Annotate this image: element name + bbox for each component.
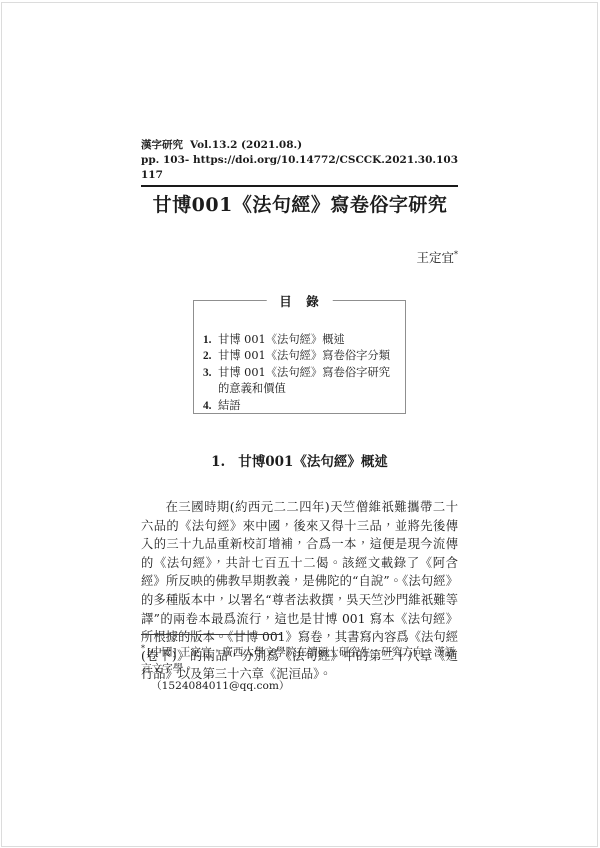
header-second-line: pp. 103-117 https://doi.org/10.14772/CSC… [141,153,458,183]
footnote-mark: * [141,644,145,653]
section-title: 甘博001《法句經》概述 [238,454,388,470]
author-line: 王定宜* [141,248,458,266]
page-range: pp. 103-117 [141,153,193,183]
toc-list: 1. 甘博 001《法句經》概述 2. 甘博 001《法句經》寫卷俗字分類 3.… [194,301,405,414]
toc-item-label: 甘博 001《法句經》寫卷俗字分類 [218,348,401,364]
author-footnote-mark: * [454,250,458,259]
author-name: 王定宜 [416,250,454,265]
section-number: 1. [211,454,225,470]
section-heading: 1.甘博001《法句經》概述 [141,450,458,470]
toc-box: 目 錄 1. 甘博 001《法句經》概述 2. 甘博 001《法句經》寫卷俗字分… [193,300,406,414]
toc-item-number: 2. [203,348,218,364]
footnote-email: （1524084011@qq.com） [141,678,458,695]
toc-item-3: 3. 甘博 001《法句經》寫卷俗字研究的意義和價值 [203,365,401,398]
journal-volume: Vol.13.2 (2021.08.) [190,139,302,151]
toc-item-label: 甘博 001《法句經》寫卷俗字研究的意義和價值 [218,365,401,398]
doi-text: https://doi.org/10.14772/CSCCK.2021.30.1… [193,153,458,168]
article-title: 甘博001《法句經》寫卷俗字研究 [120,190,480,217]
footnote-separator [141,634,282,635]
toc-item-2: 2. 甘博 001《法句經》寫卷俗字分類 [203,348,401,364]
page-border [1,2,598,847]
footnote-text: [中國] 王定宜，廣西大學文學院在讀碩士研究生，研究方向：漢語言文字學。 [141,647,455,676]
toc-item-label: 結語 [218,398,401,414]
toc-item-number: 1. [203,332,218,348]
journal-name-volume: 漢字研究Vol.13.2 (2021.08.) [141,138,458,153]
toc-item-number: 4. [203,398,218,414]
document-page: 漢字研究Vol.13.2 (2021.08.) pp. 103-117 http… [0,0,600,848]
journal-header: 漢字研究Vol.13.2 (2021.08.) pp. 103-117 http… [141,138,458,187]
toc-item-1: 1. 甘博 001《法句經》概述 [203,332,401,348]
toc-item-4: 4. 結語 [203,398,401,414]
footnote-line-1: *[中國] 王定宜，廣西大學文學院在讀碩士研究生，研究方向：漢語言文字學。 [141,641,458,678]
toc-item-number: 3. [203,365,218,398]
toc-heading: 目 錄 [266,292,333,310]
footnote: *[中國] 王定宜，廣西大學文學院在讀碩士研究生，研究方向：漢語言文字學。 （1… [141,634,458,694]
toc-item-label: 甘博 001《法句經》概述 [218,332,401,348]
journal-name: 漢字研究 [141,139,183,151]
